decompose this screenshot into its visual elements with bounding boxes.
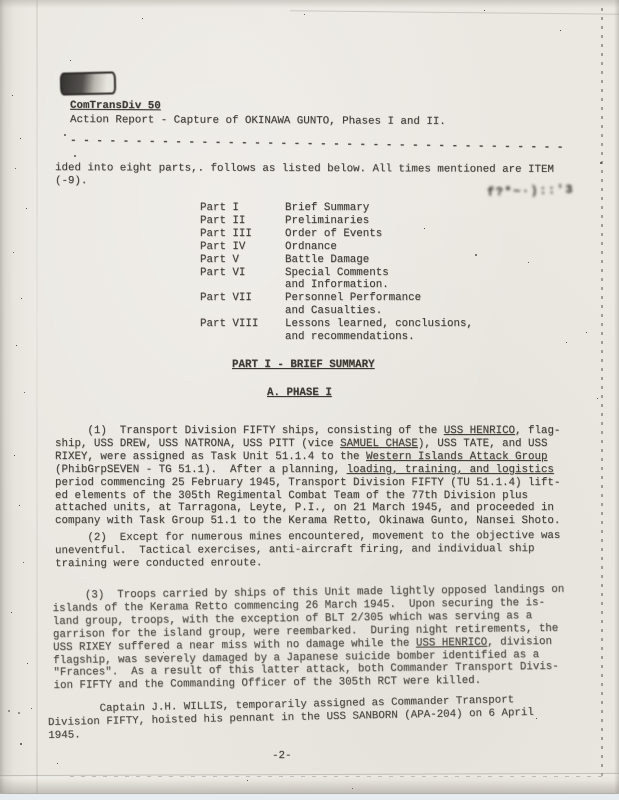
- page-number: -2-: [272, 750, 292, 763]
- divider-dashes: - - - - - - - - - - - - - - - - - - - - …: [70, 135, 564, 155]
- part-label: Part I: [200, 202, 285, 215]
- parts-list-row: Part II Preliminaries: [200, 215, 473, 228]
- scanned-page: ComTransDiv 50 Action Report - Capture o…: [0, 0, 619, 800]
- part-description: Order of Events: [285, 228, 382, 241]
- parts-list-row: Part VI Special Comments and Information…: [200, 267, 473, 293]
- part-label: Part VIII: [200, 318, 285, 344]
- paragraph-1: (1) Transport Division FIFTY ships, cons…: [55, 425, 560, 528]
- paragraph-3: (3) Troops carried by ships of this Unit…: [52, 584, 565, 693]
- part-description: Lessons learned, conclusions, and recomm…: [285, 318, 473, 344]
- document-content: ComTransDiv 50 Action Report - Capture o…: [0, 0, 619, 800]
- section-heading: PART I - BRIEF SUMMARY: [232, 359, 375, 372]
- intro-paragraph: ided into eight parts,. follows as liste…: [55, 162, 554, 190]
- parts-list-row: Part VII Personnel Performance and Casua…: [200, 292, 473, 318]
- parts-list-row: Part I Brief Summary: [200, 202, 473, 215]
- part-description: Ordnance: [285, 241, 337, 254]
- blacked-out-stamp: [60, 71, 117, 95]
- illegible-stamp: f?*~·)::'3: [487, 183, 574, 199]
- parts-list-row: Part V Battle Damage: [200, 254, 473, 267]
- part-description: Special Comments and Information.: [285, 267, 389, 293]
- part-label: Part II: [200, 215, 285, 228]
- parts-list-row: Part III Order of Events: [200, 228, 473, 241]
- part-label: Part VI: [200, 267, 285, 293]
- report-subject-line: Action Report - Capture of OKINAWA GUNTO…: [70, 114, 446, 129]
- subsection-heading: A. PHASE I: [267, 387, 332, 400]
- part-description: Battle Damage: [285, 254, 369, 267]
- part-description: Preliminaries: [285, 215, 369, 228]
- part-label: Part III: [200, 228, 285, 241]
- originator-line: ComTransDiv 50: [70, 100, 161, 113]
- paragraph-2: (2) Except for numerous mines encountere…: [55, 530, 561, 571]
- part-label: Part VII: [200, 292, 285, 318]
- paragraph-4: Captain J.H. WILLIS, temporarily assigne…: [48, 694, 535, 743]
- parts-list-row: Part VIII Lessons learned, conclusions, …: [200, 318, 473, 344]
- part-label: Part V: [200, 254, 285, 267]
- parts-list-row: Part IV Ordnance: [200, 241, 473, 254]
- parts-list: Part I Brief Summary Part II Preliminari…: [200, 202, 473, 344]
- part-description: Brief Summary: [285, 202, 369, 215]
- part-description: Personnel Performance and Casualties.: [285, 292, 421, 318]
- part-label: Part IV: [200, 241, 285, 254]
